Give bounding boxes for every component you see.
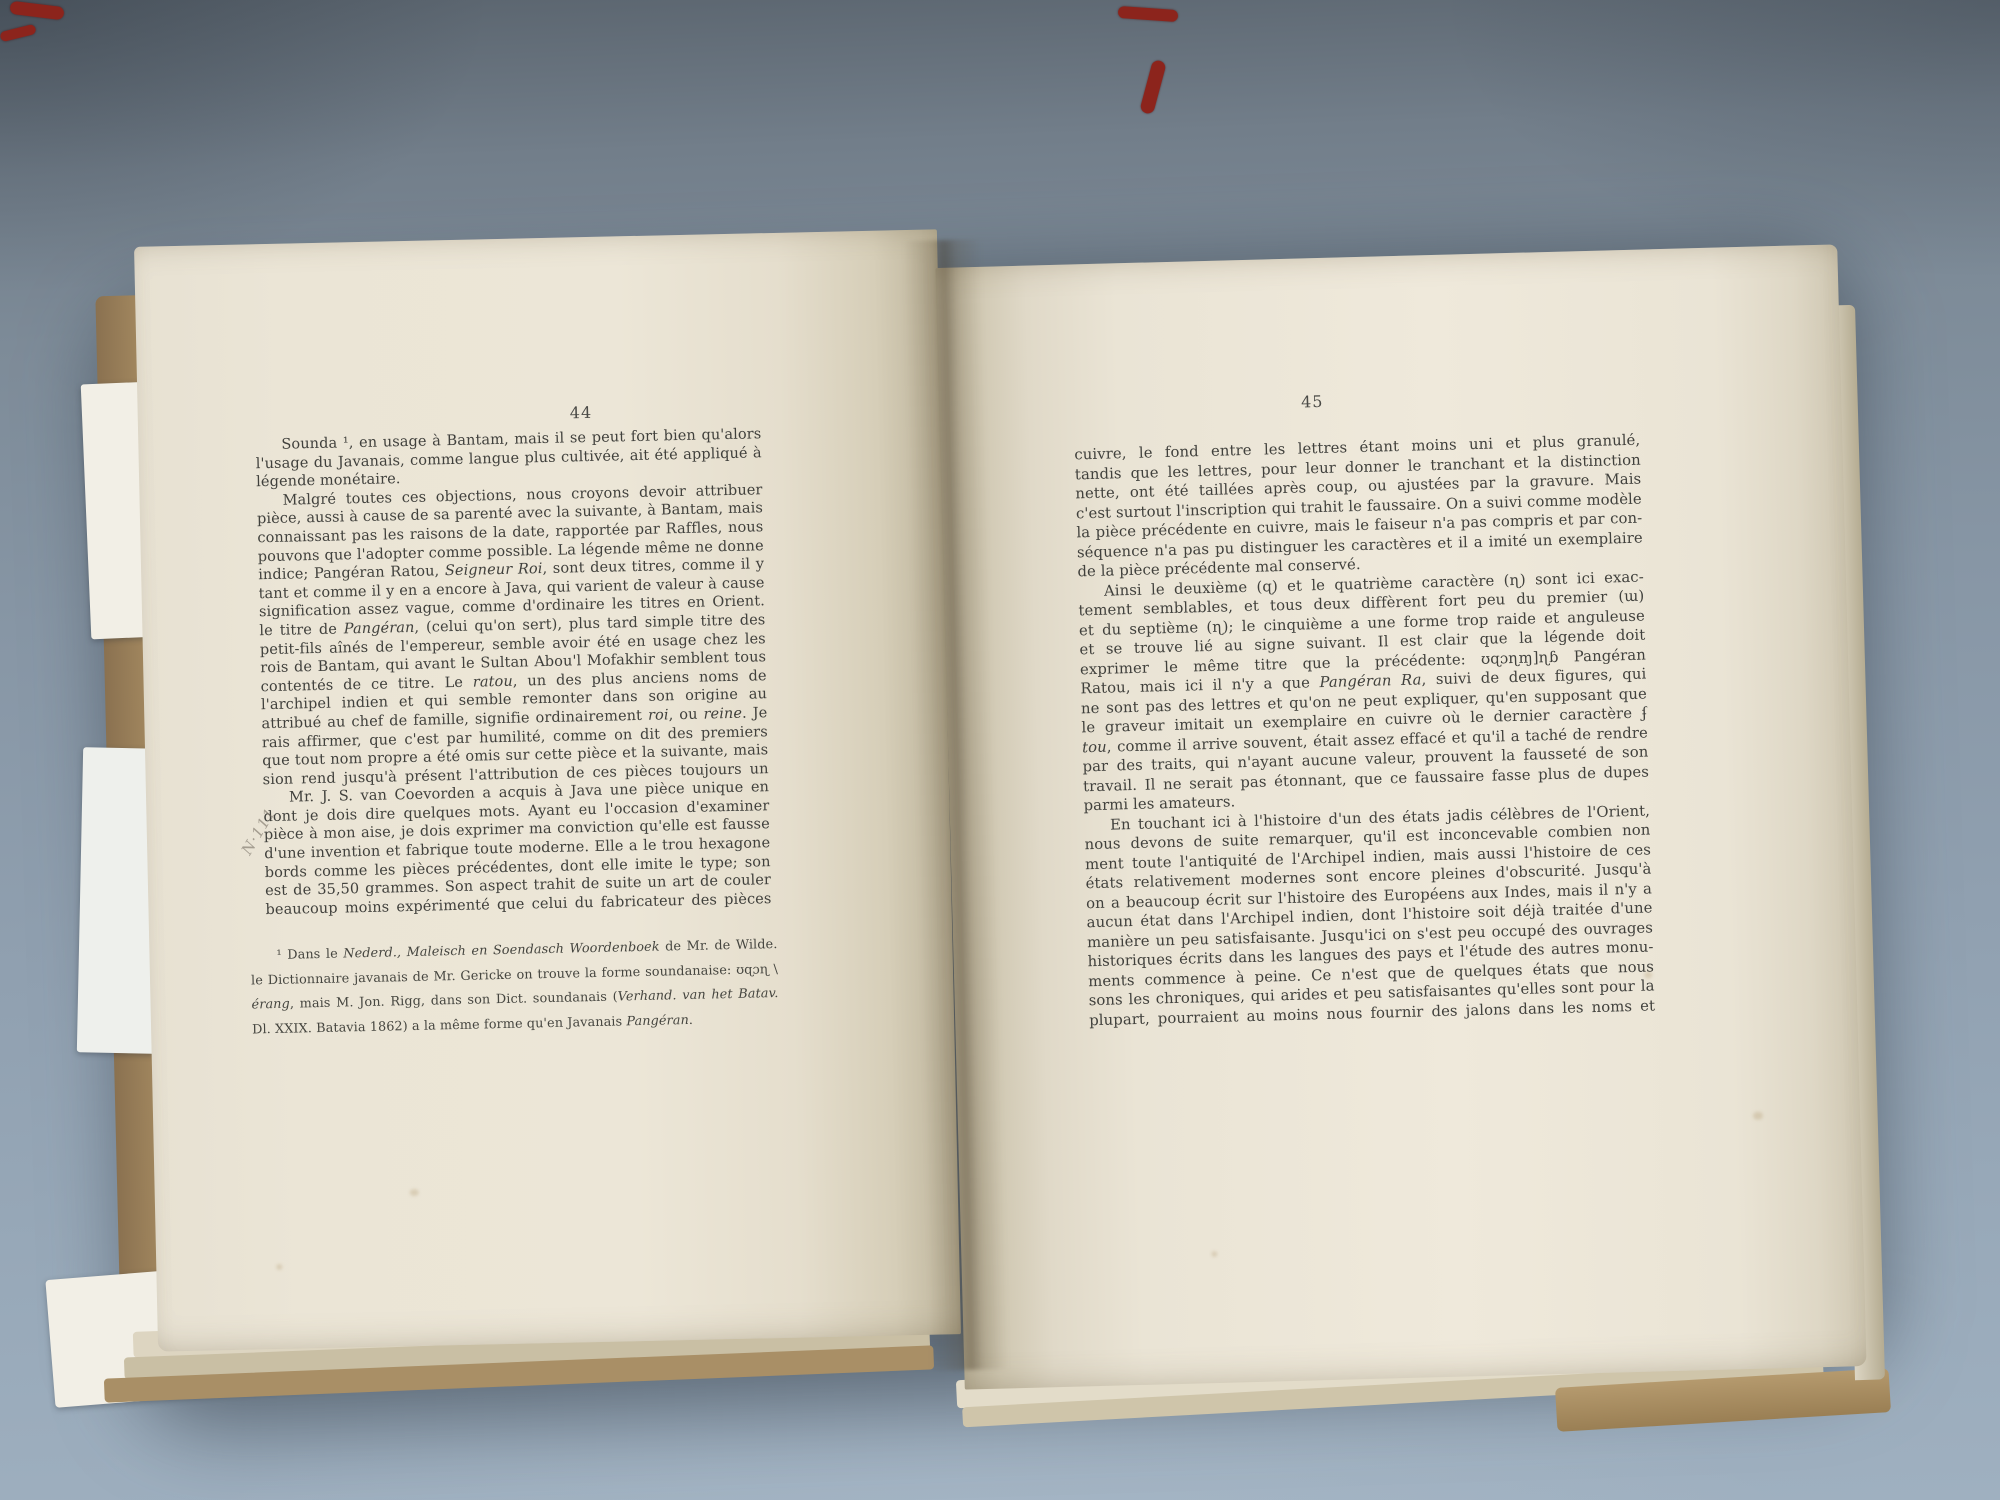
page-left-footnote: ¹ Dans le Nederd., Maleisch en Soendasch… [250, 933, 779, 1043]
foxing-spot [1753, 1112, 1763, 1120]
foxing-spot [1211, 1251, 1217, 1257]
page-number: 44 [570, 403, 593, 422]
foxing-spot [410, 1189, 419, 1196]
book-page-left: 44 Sounda ¹, en usage à Bantam, mais il … [134, 229, 961, 1351]
red-pen-mark [0, 24, 37, 42]
book-page-right: 45 cuivre, le fond entre les lettres éta… [935, 244, 1866, 1389]
photo-scene: 44 Sounda ¹, en usage à Bantam, mais il … [0, 0, 2000, 1500]
page-left-body-text: Sounda ¹, en usage à Bantam, mais il se … [255, 425, 771, 919]
red-pen-mark [1118, 6, 1179, 22]
page-right-body-text: cuivre, le fond entre les lettres étant … [1074, 431, 1655, 1031]
foxing-spot [276, 1264, 282, 1270]
red-pen-mark [1139, 59, 1166, 115]
red-pen-mark [9, 1, 64, 20]
page-number: 45 [1301, 392, 1324, 412]
